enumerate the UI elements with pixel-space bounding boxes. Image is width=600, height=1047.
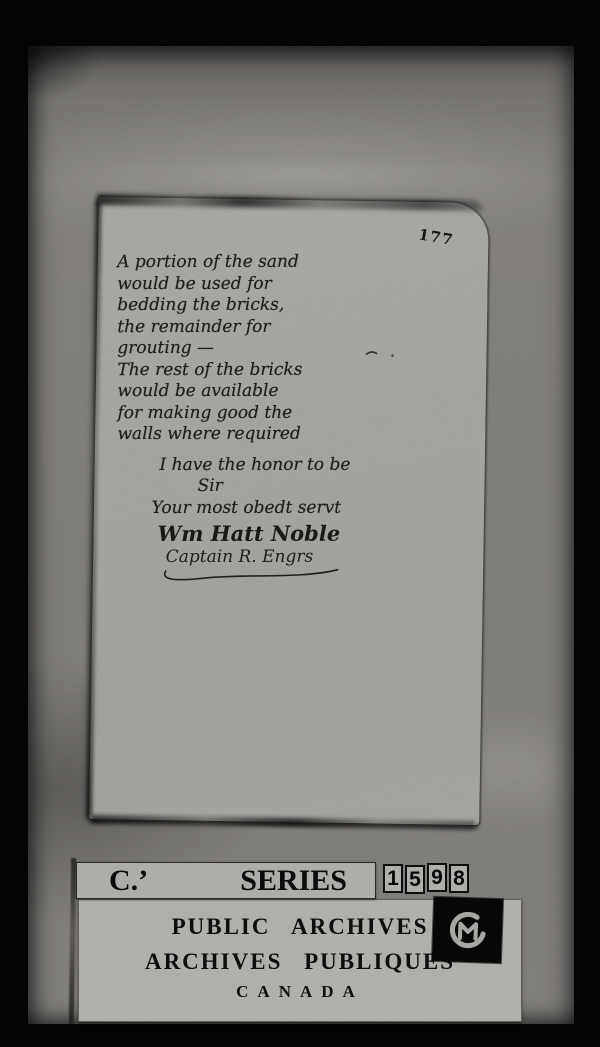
- closing-line: Sir: [198, 476, 438, 498]
- letter-line: The rest of the bricks: [117, 359, 437, 381]
- microfilm-frame: 177 A portion of the sand would be used …: [0, 0, 600, 1047]
- closing-line: I have the honor to be: [160, 454, 438, 476]
- document-page: 177 A portion of the sand would be used …: [89, 197, 489, 825]
- letter-line: bedding the bricks,: [117, 295, 437, 317]
- closing-line: Your most obedt servt: [152, 497, 438, 519]
- handwritten-letter: A portion of the sand would be used for …: [117, 252, 438, 584]
- letter-line: would be used for: [117, 273, 437, 295]
- signature: Wm Hatt Noble: [158, 521, 438, 546]
- archives-logo: [432, 897, 503, 963]
- counter-digit: 5: [405, 865, 425, 894]
- exposure-light-band: [60, 158, 540, 192]
- counter-digit: 1: [383, 864, 403, 893]
- signature-flourish: [162, 567, 342, 583]
- letter-line: the remainder for: [117, 316, 437, 338]
- series-label: C.’ SERIES: [76, 862, 376, 899]
- archives-line-country: CANADA: [79, 982, 521, 1002]
- letter-line: walls where required: [117, 424, 437, 446]
- counter-digit: 9: [427, 863, 447, 892]
- letter-line: would be available: [117, 381, 437, 403]
- letter-line: A portion of the sand: [117, 252, 437, 274]
- counter-digit: 8: [449, 864, 469, 893]
- signature-rank: Captain R. Engrs: [166, 547, 438, 567]
- page-number-stamp: 177: [417, 225, 455, 249]
- letter-line: grouting —: [117, 338, 437, 360]
- series-letter: C.’: [109, 866, 148, 896]
- series-word: SERIES: [240, 866, 347, 896]
- reel-frame-counter: 1 5 9 8: [383, 864, 469, 893]
- logo-cm-monogram-icon: [443, 905, 493, 955]
- letter-line: for making good the: [117, 402, 437, 424]
